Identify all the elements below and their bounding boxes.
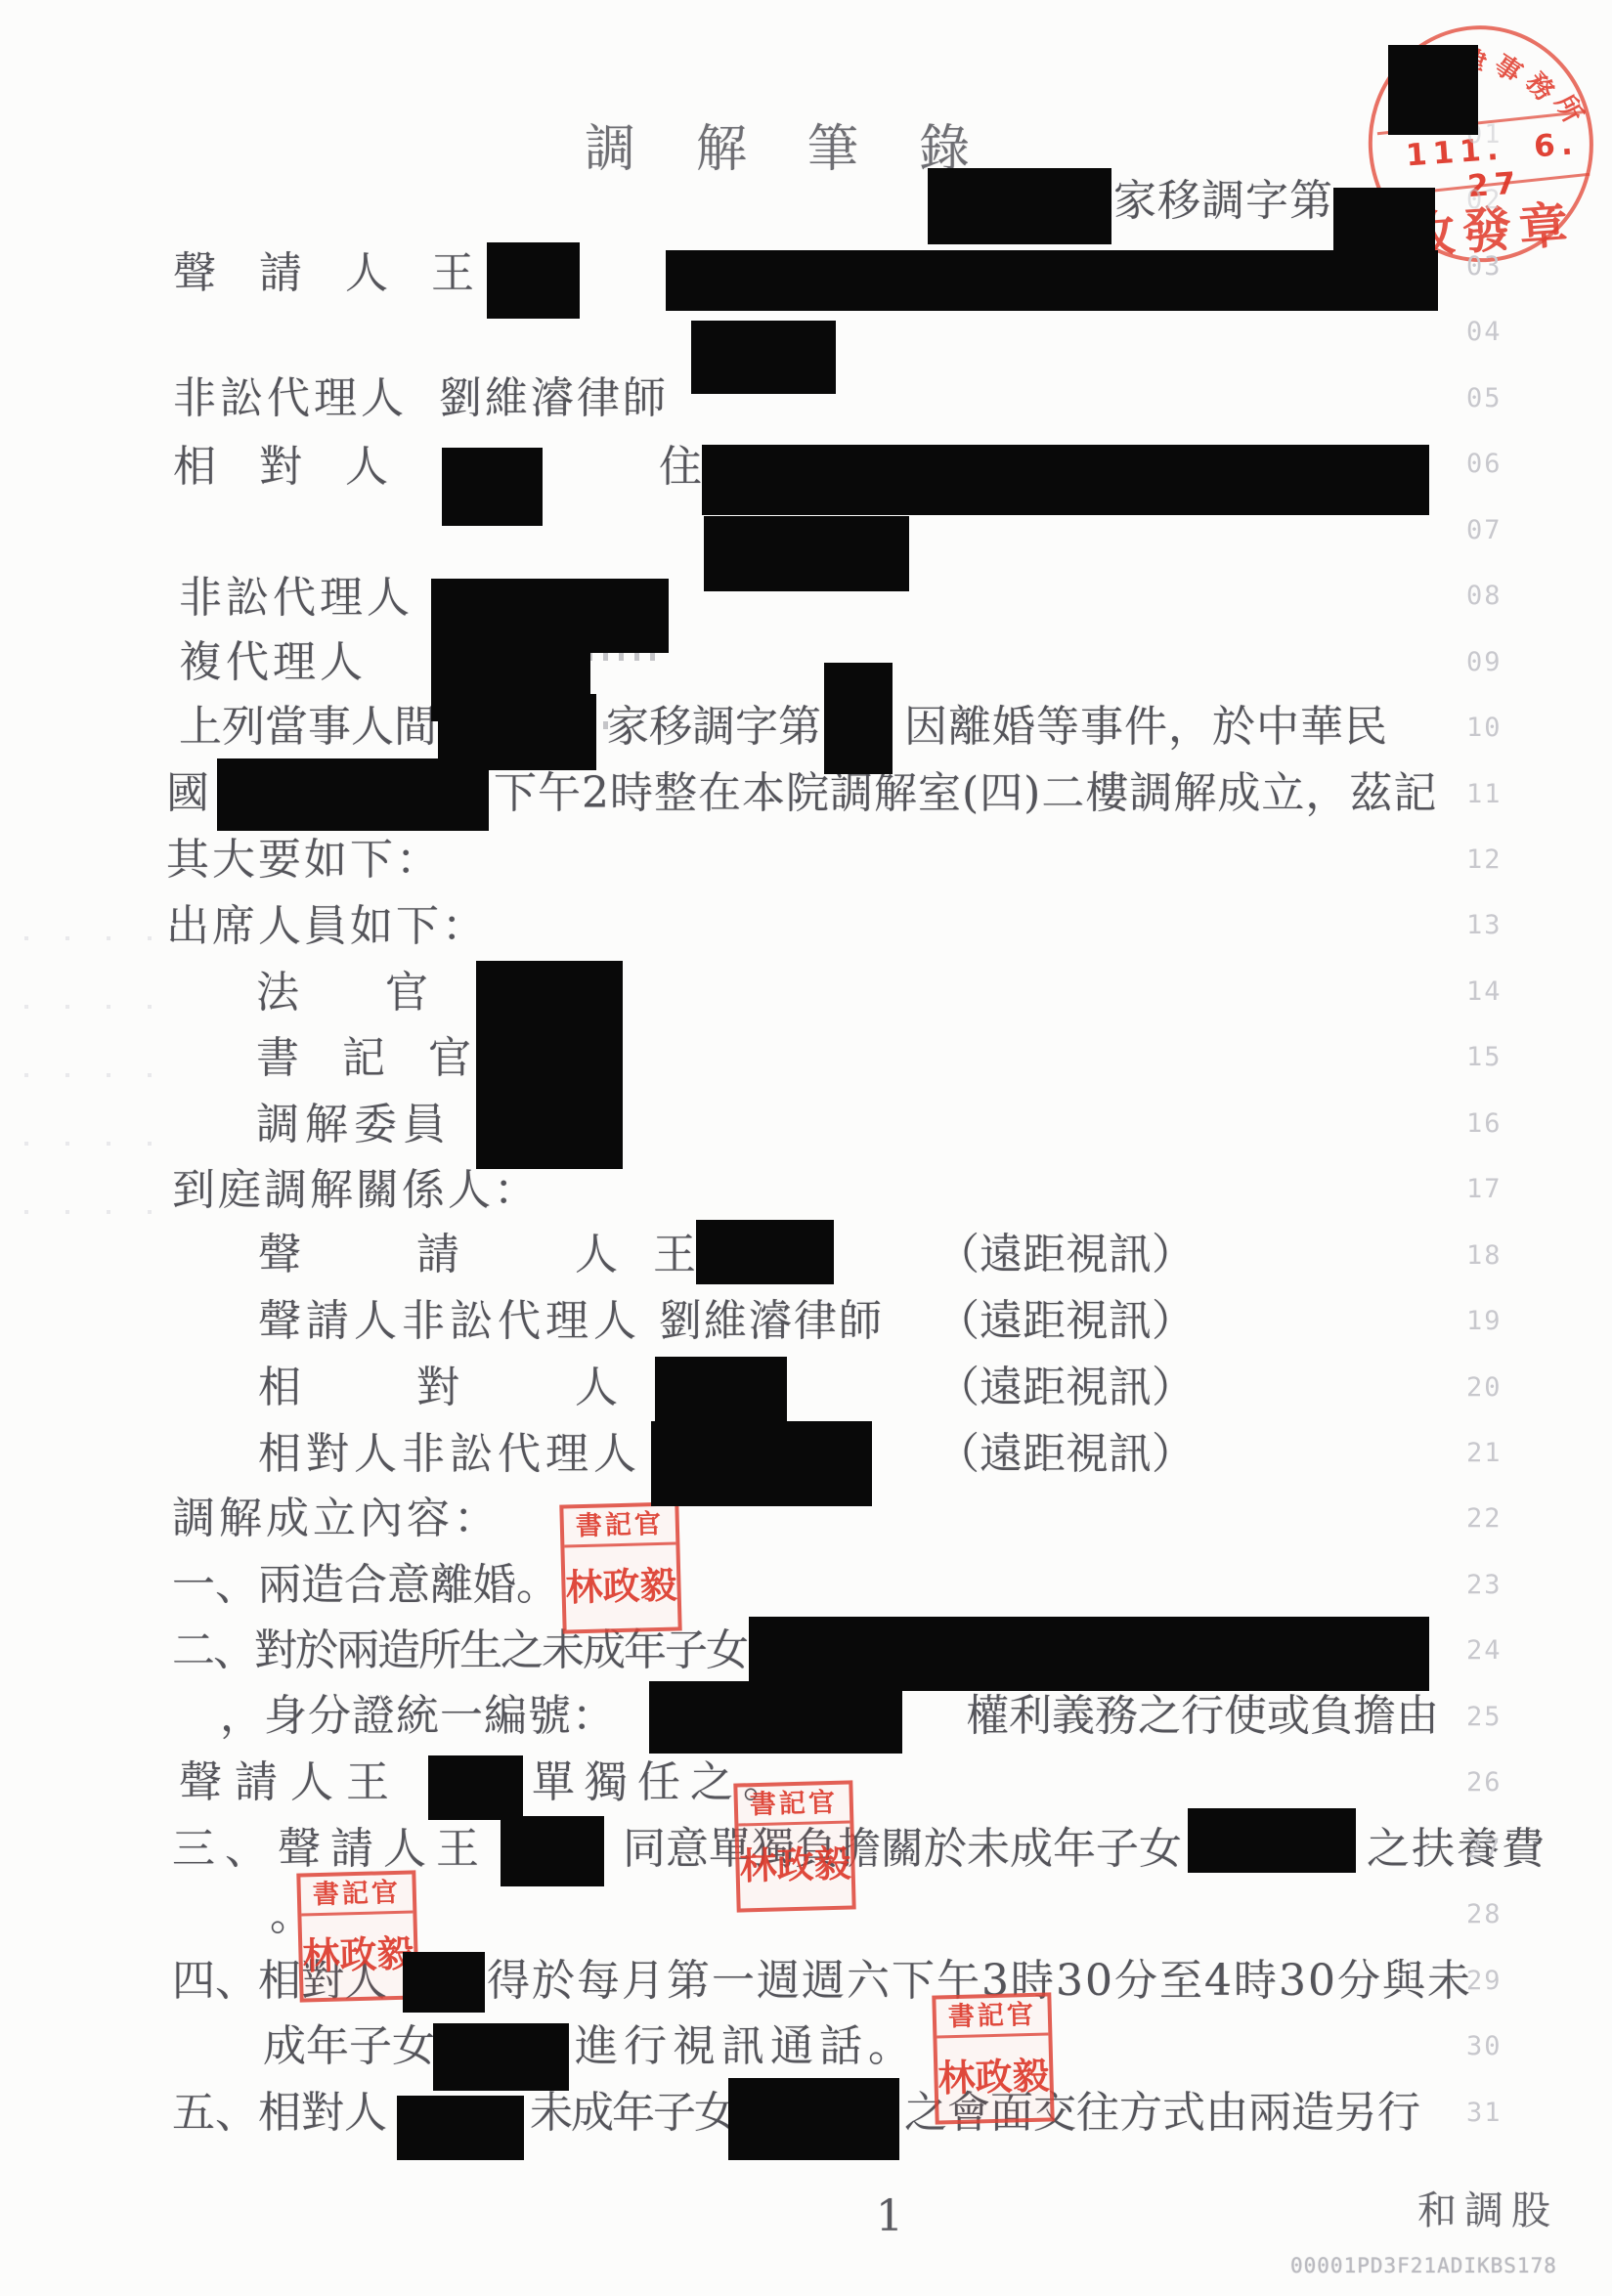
line-number: 31 bbox=[1466, 2098, 1503, 2128]
respondent-label: 相 對 人 bbox=[173, 442, 388, 494]
judge-label: 法 官 bbox=[256, 968, 428, 1019]
line-number: 23 bbox=[1466, 1570, 1503, 1600]
redaction-box bbox=[403, 1952, 485, 2013]
content-item-2: 聲請人王 bbox=[179, 1757, 402, 1809]
clerk-stamp-name: 林政毅 bbox=[301, 1914, 414, 1997]
video-label: （遠距視訊） bbox=[937, 1429, 1195, 1481]
scan-artifact bbox=[24, 1142, 176, 1146]
video-label: （遠距視訊） bbox=[937, 1230, 1195, 1281]
redaction-box bbox=[704, 516, 909, 591]
line-number: 12 bbox=[1466, 845, 1503, 875]
content-item-2: ，身分證統一編號： bbox=[220, 1691, 616, 1743]
document-code: 00001PD3F21ADIKBS178 bbox=[1290, 2254, 1557, 2278]
line-number: 05 bbox=[1466, 383, 1503, 413]
case-caption: 家移調字第 bbox=[1113, 176, 1333, 228]
line-number: 13 bbox=[1466, 910, 1503, 940]
scan-artifact bbox=[24, 1210, 176, 1214]
redaction-box bbox=[749, 1617, 1429, 1691]
line-number: 08 bbox=[1466, 581, 1503, 611]
line-number: 30 bbox=[1466, 2031, 1503, 2061]
redaction-box bbox=[433, 2023, 569, 2091]
clerk-stamp-title: 書記官 bbox=[300, 1875, 413, 1917]
scan-artifact bbox=[24, 1073, 176, 1077]
redaction-box bbox=[649, 1681, 902, 1754]
line-number: 24 bbox=[1466, 1635, 1503, 1666]
present-applicant-label: 聲 請 人 bbox=[258, 1230, 628, 1281]
clerk-stamp-title: 書記官 bbox=[563, 1506, 675, 1548]
clerk-stamp-name: 林政毅 bbox=[937, 2036, 1050, 2119]
line-number: 14 bbox=[1466, 976, 1503, 1007]
line-number: 02 bbox=[1466, 185, 1503, 215]
line-number: 06 bbox=[1466, 449, 1503, 479]
scan-artifact bbox=[24, 1005, 176, 1009]
intro-line: 國 bbox=[166, 768, 209, 820]
present-applicant-agent-name: 劉維濬律師 bbox=[659, 1296, 884, 1348]
line-number: 29 bbox=[1466, 1966, 1503, 1996]
content-item-4: 進行視訊通話。 bbox=[575, 2021, 917, 2073]
content-item-3: 之扶養費 bbox=[1367, 1824, 1547, 1876]
content-item-2: 權利義務之行使或負擔由 bbox=[966, 1691, 1439, 1743]
clerk-stamp: 書記官林政毅 bbox=[296, 1870, 418, 2002]
page-number: 1 bbox=[876, 2191, 903, 2243]
document-page: 調解筆錄 律事務所 111. 6. 27 收發章 家移調字第 聲 請 人 王 非… bbox=[0, 0, 1612, 2296]
redaction-box bbox=[928, 168, 1111, 244]
content-item-3: 三、聲請人王 bbox=[172, 1824, 489, 1876]
content-item-2: 二、對於兩造所生之未成年子女 bbox=[172, 1625, 747, 1677]
clerk-stamp-title: 書記官 bbox=[737, 1785, 850, 1827]
content-item-5: 未成年子女 bbox=[530, 2088, 735, 2140]
line-number: 03 bbox=[1466, 251, 1503, 282]
redaction-box bbox=[442, 448, 543, 526]
redaction-box bbox=[217, 758, 489, 831]
intro-line: 上列當事人間 bbox=[179, 702, 437, 754]
redaction-box bbox=[696, 1220, 834, 1284]
present-applicant-agent-label: 聲請人非訟代理人 bbox=[258, 1296, 641, 1348]
redaction-box bbox=[397, 2096, 524, 2160]
content-item-1: 一、兩造合意離婚。 bbox=[172, 1560, 559, 1612]
clerk-stamp: 書記官林政毅 bbox=[733, 1780, 855, 1912]
sub-agent-label: 複代理人 bbox=[179, 637, 367, 689]
line-number: 04 bbox=[1466, 317, 1503, 347]
present-respondent-agent-label: 相對人非訟代理人 bbox=[258, 1429, 641, 1481]
line-number: 11 bbox=[1466, 779, 1503, 809]
clerk-stamp-name: 林政毅 bbox=[564, 1545, 677, 1628]
redaction-box bbox=[501, 1816, 604, 1886]
redaction-box bbox=[476, 1093, 623, 1169]
mediator-label: 調解委員 bbox=[256, 1100, 452, 1151]
line-number: 27 bbox=[1466, 1834, 1503, 1864]
content-item-3: 同意單獨負擔關於未成年子女 bbox=[623, 1824, 1182, 1876]
redaction-box bbox=[702, 445, 1429, 515]
attendance-heading: 出席人員如下： bbox=[166, 901, 488, 953]
line-number: 15 bbox=[1466, 1042, 1503, 1072]
line-number: 28 bbox=[1466, 1899, 1503, 1929]
redaction-box bbox=[651, 1421, 872, 1506]
line-number: 18 bbox=[1466, 1240, 1503, 1271]
redaction-box bbox=[655, 1357, 787, 1422]
intro-line: 下午2時整在本院調解室(四)二樓調解成立，茲記 bbox=[494, 768, 1437, 820]
clerk-stamp: 書記官林政毅 bbox=[932, 1992, 1054, 2124]
respondent-agent-label: 非訟代理人 bbox=[179, 573, 414, 625]
video-label: （遠距視訊） bbox=[937, 1296, 1195, 1348]
redaction-box bbox=[476, 1026, 623, 1103]
present-applicant-surname: 王 bbox=[653, 1230, 696, 1281]
redaction-box bbox=[428, 1755, 523, 1820]
redaction-box bbox=[728, 2078, 899, 2160]
intro-line: 家移調字第 bbox=[606, 702, 821, 754]
clerk-stamp: 書記官林政毅 bbox=[559, 1501, 681, 1633]
line-number: 26 bbox=[1466, 1767, 1503, 1798]
line-number: 10 bbox=[1466, 713, 1503, 743]
intro-line: 因離婚等事件，於中華民 bbox=[904, 702, 1388, 754]
residence-prefix: 住 bbox=[659, 442, 702, 494]
content-heading: 調解成立內容： bbox=[172, 1494, 501, 1545]
present-respondent-label: 相 對 人 bbox=[258, 1363, 628, 1414]
line-number: 16 bbox=[1466, 1108, 1503, 1139]
line-number: 21 bbox=[1466, 1438, 1503, 1468]
line-number: 20 bbox=[1466, 1372, 1503, 1403]
clerk-stamp-name: 林政毅 bbox=[738, 1824, 851, 1907]
line-number: 07 bbox=[1466, 515, 1503, 545]
applicant-label: 聲 請 人 王 bbox=[173, 248, 474, 300]
line-number: 25 bbox=[1466, 1702, 1503, 1732]
content-item-4: 成年子女 bbox=[263, 2021, 435, 2073]
video-label: （遠距視訊） bbox=[937, 1363, 1195, 1414]
redaction-box bbox=[824, 663, 893, 774]
redaction-box bbox=[666, 250, 1438, 311]
section-label: 和調股 bbox=[1417, 2188, 1558, 2234]
redaction-box bbox=[1188, 1808, 1356, 1873]
intro-line: 其大要如下： bbox=[166, 835, 442, 887]
present-heading: 到庭調解關係人： bbox=[172, 1165, 540, 1217]
line-number: 22 bbox=[1466, 1503, 1503, 1534]
line-number: 17 bbox=[1466, 1174, 1503, 1204]
redaction-box bbox=[691, 321, 836, 394]
clerk-stamp-title: 書記官 bbox=[936, 1997, 1048, 2039]
line-number: 09 bbox=[1466, 647, 1503, 677]
content-item-5: 五、相對人 bbox=[172, 2088, 387, 2140]
redaction-box bbox=[431, 579, 669, 653]
applicant-agent-name: 劉維濬律師 bbox=[439, 373, 669, 425]
redaction-box bbox=[487, 242, 580, 319]
applicant-agent-label: 非訟代理人 bbox=[173, 373, 408, 425]
redaction-box bbox=[1388, 45, 1478, 135]
clerk-label: 書 記 官 bbox=[256, 1033, 471, 1085]
line-number: 19 bbox=[1466, 1306, 1503, 1336]
scan-artifact bbox=[24, 936, 176, 940]
